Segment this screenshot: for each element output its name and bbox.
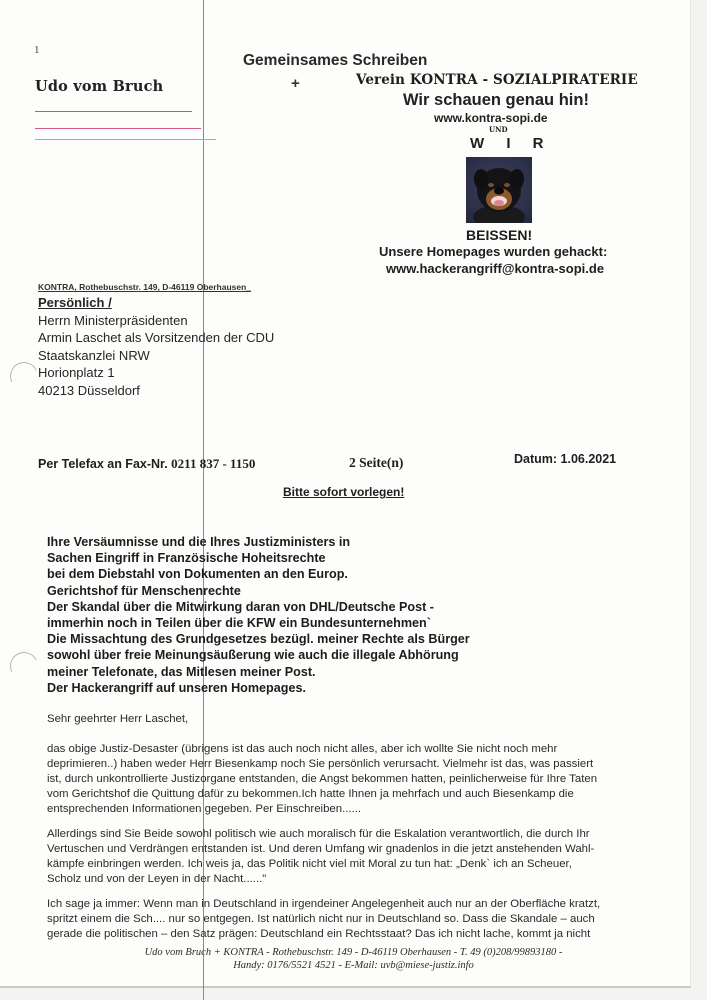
page-count: 2 Seite(n)	[349, 455, 403, 471]
website-link[interactable]: www.kontra-sopi.de	[434, 111, 548, 125]
sender-rule-pink	[35, 128, 201, 129]
address-line: Staatskanzlei NRW	[38, 347, 274, 365]
paragraph-line: Vertuschen und Verdrängen entstanden ist…	[47, 842, 687, 857]
beissen-label: BEISSEN!	[466, 227, 532, 243]
joint-letter-title: Gemeinsames Schreiben	[243, 52, 427, 70]
fax-number: 0211 837 - 1150	[171, 456, 255, 471]
subject-line: Der Skandal über die Mitwirkung daran vo…	[47, 599, 470, 615]
footer-line-1: Udo vom Bruch + KONTRA - Rothebuschstr. …	[0, 946, 707, 959]
salutation: Sehr geehrter Herr Laschet,	[47, 712, 687, 727]
slogan: Wir schauen genau hin!	[403, 91, 589, 110]
paragraph-line: kämpfe einbringen werden. Ich weis ja, d…	[47, 857, 687, 872]
footer: Udo vom Bruch + KONTRA - Rothebuschstr. …	[0, 946, 707, 972]
page-number: 1	[34, 44, 40, 56]
paragraph-line: entsprechenden Informationen gegeben. Pe…	[47, 802, 687, 817]
subject-line: sowohl über freie Meinungsäußerung wie a…	[47, 647, 470, 663]
recipient-city: 40213 Düsseldorf	[38, 383, 140, 398]
footer-line-2: Handy: 0176/5521 4521 - E-Mail: uvb@mies…	[0, 959, 707, 972]
plus-sign: +	[291, 75, 300, 92]
rottweiler-photo	[466, 157, 532, 223]
address-line: Armin Laschet als Vorsitzenden der CDU	[38, 329, 274, 347]
wir-label: W I R	[470, 135, 553, 152]
address-line: Horionplatz 1	[38, 364, 274, 382]
paragraph-line: ist, durch unkontrollierte Justizorgane …	[47, 772, 687, 787]
subject-line: bei dem Diebstahl von Dokumenten an den …	[47, 566, 470, 582]
letter-date: Datum: 1.06.2021	[514, 452, 616, 466]
sender-rule-green	[35, 139, 216, 140]
address-line: Herrn Ministerpräsidenten	[38, 312, 274, 330]
paragraph-line: Allerdings sind Sie Beide sowohl politis…	[47, 827, 687, 842]
paragraph-line: vom Gerichtshof die Quittung dafür zu be…	[47, 787, 687, 802]
hacked-notice: Unsere Homepages wurden gehackt:	[379, 244, 607, 259]
und-label: UND	[489, 125, 508, 134]
paragraph-2: Allerdings sind Sie Beide sowohl politis…	[47, 827, 687, 887]
subject-line: Ihre Versäumnisse und die Ihres Justizmi…	[47, 534, 470, 550]
subject-line: Die Missachtung des Grundgesetzes bezügl…	[47, 631, 470, 647]
subject-line: Sachen Eingriff in Französische Hoheitsr…	[47, 550, 470, 566]
urgent-notice: Bitte sofort vorlegen!	[283, 485, 404, 499]
paragraph-1: das obige Justiz-Desaster (übrigens ist …	[47, 742, 687, 817]
subject-line: Gerichtshof für Menschenrechte	[47, 583, 470, 599]
paragraph-line: das obige Justiz-Desaster (übrigens ist …	[47, 742, 687, 757]
subject-line: meiner Telefonate, das Mitlesen meiner P…	[47, 664, 470, 680]
dog-icon	[466, 157, 532, 223]
association-name: Verein KONTRA - SOZIALPIRATERIE	[356, 72, 638, 88]
subject-block: Ihre Versäumnisse und die Ihres Justizmi…	[47, 534, 470, 696]
subject-line: Der Hackerangriff auf unseren Homepages.	[47, 680, 470, 696]
fax-label: Per Telefax an Fax-Nr.	[38, 457, 168, 471]
paragraph-3: Ich sage ja immer: Wenn man in Deutschla…	[47, 897, 687, 942]
hacked-email-link[interactable]: www.hackerangriff@kontra-sopi.de	[386, 261, 604, 276]
return-address: KONTRA, Rothebuschstr. 149, D-46119 Ober…	[38, 282, 251, 292]
fax-line: Per Telefax an Fax-Nr. 0211 837 - 1150	[38, 456, 255, 472]
recipient-address: Persönlich / Herrn Ministerpräsidenten A…	[38, 294, 274, 382]
paragraph-line: deprimieren..) haben weder Herr Biesenka…	[47, 757, 687, 772]
subject-line: immerhin noch in Teilen über die KFW ein…	[47, 615, 470, 631]
paragraph-line: Scholz und von der Leyen in der Nacht...…	[47, 872, 687, 887]
sender-name: Udo vom Bruch	[35, 78, 163, 95]
paragraph-line: Ich sage ja immer: Wenn man in Deutschla…	[47, 897, 687, 912]
personal-label: Persönlich /	[38, 294, 274, 312]
paragraph-line: gerade die politischen – den Satz prägen…	[47, 927, 687, 942]
paragraph-line: spritzt einem die Sch.... nur so entgege…	[47, 912, 687, 927]
sender-rule-blue	[35, 111, 192, 112]
